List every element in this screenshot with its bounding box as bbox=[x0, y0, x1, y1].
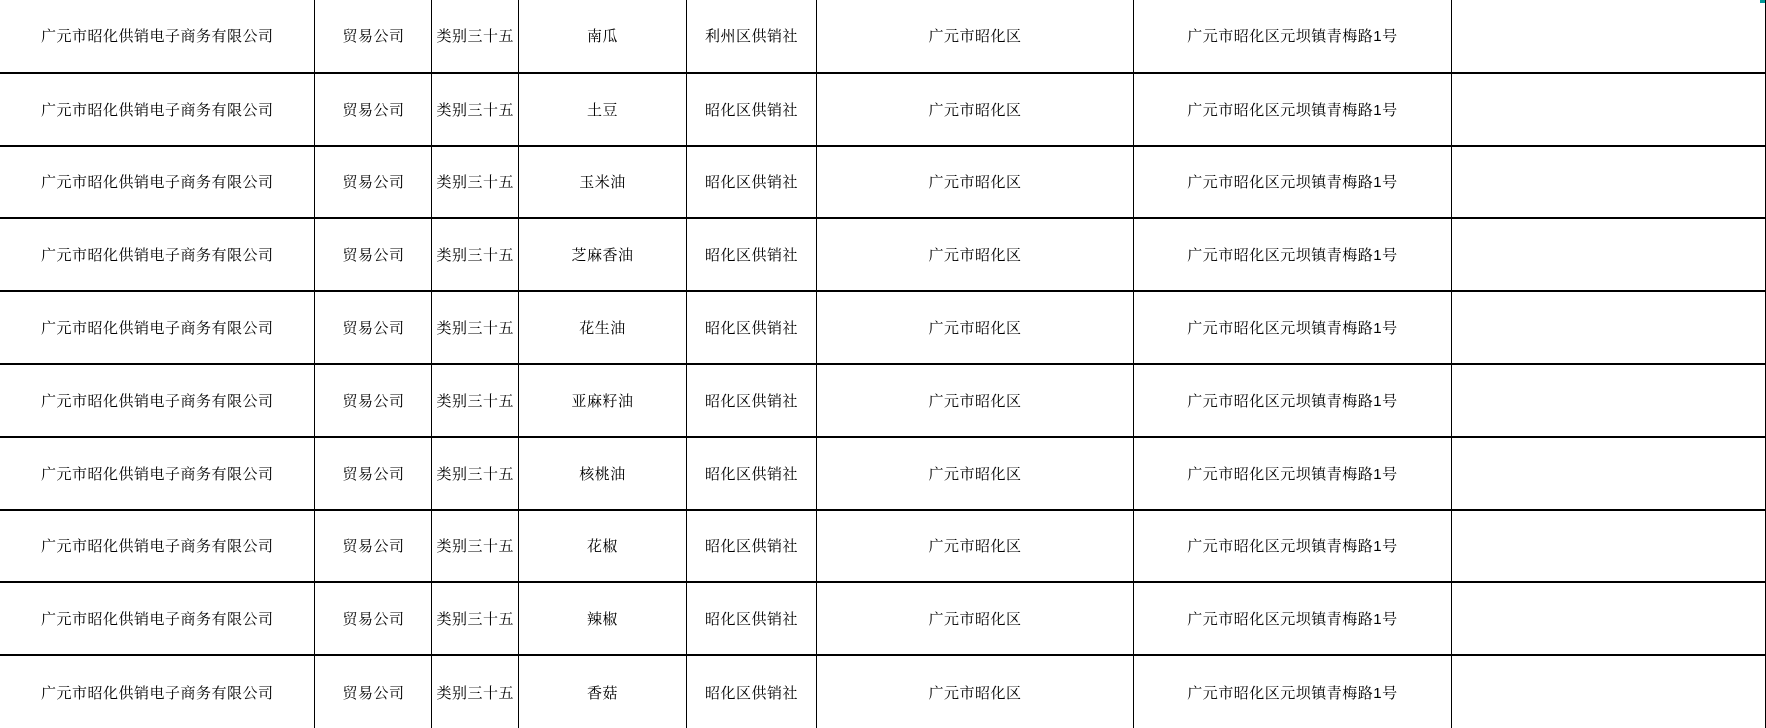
cell-company_type: 贸易公司 bbox=[315, 218, 432, 291]
cell-society: 昭化区供销社 bbox=[686, 510, 816, 583]
cell-category: 类别三十五 bbox=[432, 437, 519, 510]
cell-society: 昭化区供销社 bbox=[686, 582, 816, 655]
cell-address: 广元市昭化区元坝镇青梅路1号 bbox=[1133, 218, 1451, 291]
cell-company: 广元市昭化供销电子商务有限公司 bbox=[0, 437, 315, 510]
cell-society: 昭化区供销社 bbox=[686, 655, 816, 728]
cell-extra bbox=[1451, 0, 1765, 73]
cell-category: 类别三十五 bbox=[432, 510, 519, 583]
cell-extra bbox=[1451, 146, 1765, 219]
cell-extra bbox=[1451, 218, 1765, 291]
cell-product: 芝麻香油 bbox=[518, 218, 686, 291]
cell-product: 花椒 bbox=[518, 510, 686, 583]
cell-company: 广元市昭化供销电子商务有限公司 bbox=[0, 146, 315, 219]
cell-category: 类别三十五 bbox=[432, 0, 519, 73]
cell-company: 广元市昭化供销电子商务有限公司 bbox=[0, 510, 315, 583]
selection-corner-mark bbox=[1760, 0, 1765, 3]
cell-company: 广元市昭化供销电子商务有限公司 bbox=[0, 655, 315, 728]
cell-society: 昭化区供销社 bbox=[686, 437, 816, 510]
records-table-body: 广元市昭化供销电子商务有限公司贸易公司类别三十五南瓜利州区供销社广元市昭化区广元… bbox=[0, 0, 1766, 728]
cell-society: 昭化区供销社 bbox=[686, 364, 816, 437]
cell-product: 香菇 bbox=[518, 655, 686, 728]
cell-company_type: 贸易公司 bbox=[315, 291, 432, 364]
cell-extra bbox=[1451, 291, 1765, 364]
cell-category: 类别三十五 bbox=[432, 73, 519, 146]
cell-company: 广元市昭化供销电子商务有限公司 bbox=[0, 73, 315, 146]
cell-address: 广元市昭化区元坝镇青梅路1号 bbox=[1133, 510, 1451, 583]
cell-society: 利州区供销社 bbox=[686, 0, 816, 73]
cell-company_type: 贸易公司 bbox=[315, 364, 432, 437]
cell-extra bbox=[1451, 437, 1765, 510]
cell-company: 广元市昭化供销电子商务有限公司 bbox=[0, 364, 315, 437]
cell-company: 广元市昭化供销电子商务有限公司 bbox=[0, 291, 315, 364]
cell-address: 广元市昭化区元坝镇青梅路1号 bbox=[1133, 0, 1451, 73]
table-row: 广元市昭化供销电子商务有限公司贸易公司类别三十五花生油昭化区供销社广元市昭化区广… bbox=[0, 291, 1766, 364]
cell-district: 广元市昭化区 bbox=[816, 364, 1133, 437]
cell-district: 广元市昭化区 bbox=[816, 0, 1133, 73]
cell-product: 亚麻籽油 bbox=[518, 364, 686, 437]
cell-address: 广元市昭化区元坝镇青梅路1号 bbox=[1133, 364, 1451, 437]
cell-product: 玉米油 bbox=[518, 146, 686, 219]
cell-category: 类别三十五 bbox=[432, 655, 519, 728]
cell-company_type: 贸易公司 bbox=[315, 655, 432, 728]
data-table-region: 广元市昭化供销电子商务有限公司贸易公司类别三十五南瓜利州区供销社广元市昭化区广元… bbox=[0, 0, 1766, 728]
cell-address: 广元市昭化区元坝镇青梅路1号 bbox=[1133, 582, 1451, 655]
cell-company: 广元市昭化供销电子商务有限公司 bbox=[0, 0, 315, 73]
table-row: 广元市昭化供销电子商务有限公司贸易公司类别三十五香菇昭化区供销社广元市昭化区广元… bbox=[0, 655, 1766, 728]
table-row: 广元市昭化供销电子商务有限公司贸易公司类别三十五南瓜利州区供销社广元市昭化区广元… bbox=[0, 0, 1766, 73]
table-row: 广元市昭化供销电子商务有限公司贸易公司类别三十五花椒昭化区供销社广元市昭化区广元… bbox=[0, 510, 1766, 583]
cell-category: 类别三十五 bbox=[432, 218, 519, 291]
cell-district: 广元市昭化区 bbox=[816, 218, 1133, 291]
table-row: 广元市昭化供销电子商务有限公司贸易公司类别三十五土豆昭化区供销社广元市昭化区广元… bbox=[0, 73, 1766, 146]
table-row: 广元市昭化供销电子商务有限公司贸易公司类别三十五芝麻香油昭化区供销社广元市昭化区… bbox=[0, 218, 1766, 291]
cell-product: 辣椒 bbox=[518, 582, 686, 655]
cell-company: 广元市昭化供销电子商务有限公司 bbox=[0, 582, 315, 655]
table-row: 广元市昭化供销电子商务有限公司贸易公司类别三十五玉米油昭化区供销社广元市昭化区广… bbox=[0, 146, 1766, 219]
cell-company_type: 贸易公司 bbox=[315, 437, 432, 510]
cell-extra bbox=[1451, 582, 1765, 655]
table-row: 广元市昭化供销电子商务有限公司贸易公司类别三十五亚麻籽油昭化区供销社广元市昭化区… bbox=[0, 364, 1766, 437]
cell-address: 广元市昭化区元坝镇青梅路1号 bbox=[1133, 73, 1451, 146]
cell-extra bbox=[1451, 510, 1765, 583]
cell-product: 南瓜 bbox=[518, 0, 686, 73]
cell-address: 广元市昭化区元坝镇青梅路1号 bbox=[1133, 146, 1451, 219]
cell-district: 广元市昭化区 bbox=[816, 146, 1133, 219]
cell-society: 昭化区供销社 bbox=[686, 291, 816, 364]
cell-district: 广元市昭化区 bbox=[816, 73, 1133, 146]
cell-company_type: 贸易公司 bbox=[315, 0, 432, 73]
table-row: 广元市昭化供销电子商务有限公司贸易公司类别三十五辣椒昭化区供销社广元市昭化区广元… bbox=[0, 582, 1766, 655]
cell-district: 广元市昭化区 bbox=[816, 582, 1133, 655]
cell-category: 类别三十五 bbox=[432, 146, 519, 219]
records-table: 广元市昭化供销电子商务有限公司贸易公司类别三十五南瓜利州区供销社广元市昭化区广元… bbox=[0, 0, 1766, 728]
cell-address: 广元市昭化区元坝镇青梅路1号 bbox=[1133, 655, 1451, 728]
cell-company_type: 贸易公司 bbox=[315, 146, 432, 219]
cell-company_type: 贸易公司 bbox=[315, 510, 432, 583]
cell-district: 广元市昭化区 bbox=[816, 655, 1133, 728]
cell-district: 广元市昭化区 bbox=[816, 437, 1133, 510]
cell-company: 广元市昭化供销电子商务有限公司 bbox=[0, 218, 315, 291]
cell-society: 昭化区供销社 bbox=[686, 218, 816, 291]
cell-address: 广元市昭化区元坝镇青梅路1号 bbox=[1133, 291, 1451, 364]
cell-extra bbox=[1451, 73, 1765, 146]
cell-district: 广元市昭化区 bbox=[816, 291, 1133, 364]
cell-product: 花生油 bbox=[518, 291, 686, 364]
cell-category: 类别三十五 bbox=[432, 364, 519, 437]
cell-society: 昭化区供销社 bbox=[686, 73, 816, 146]
cell-product: 核桃油 bbox=[518, 437, 686, 510]
cell-extra bbox=[1451, 364, 1765, 437]
cell-company_type: 贸易公司 bbox=[315, 582, 432, 655]
cell-district: 广元市昭化区 bbox=[816, 510, 1133, 583]
cell-company_type: 贸易公司 bbox=[315, 73, 432, 146]
cell-category: 类别三十五 bbox=[432, 582, 519, 655]
cell-extra bbox=[1451, 655, 1765, 728]
cell-category: 类别三十五 bbox=[432, 291, 519, 364]
cell-product: 土豆 bbox=[518, 73, 686, 146]
cell-society: 昭化区供销社 bbox=[686, 146, 816, 219]
cell-address: 广元市昭化区元坝镇青梅路1号 bbox=[1133, 437, 1451, 510]
table-row: 广元市昭化供销电子商务有限公司贸易公司类别三十五核桃油昭化区供销社广元市昭化区广… bbox=[0, 437, 1766, 510]
